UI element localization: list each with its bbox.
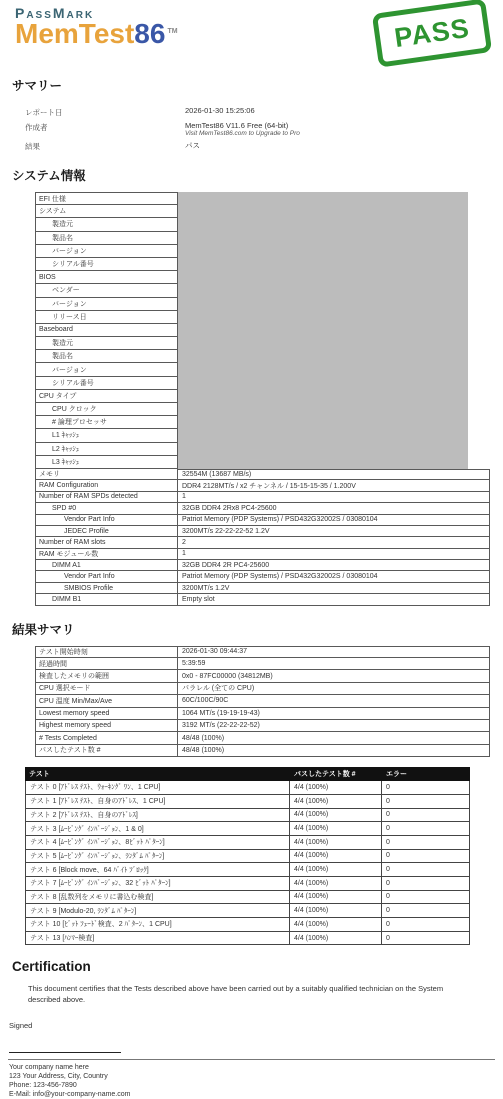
result-summary-row: パスしたテスト数 # 48/48 (100%) [35,745,490,757]
system-info-value [178,403,490,416]
result-summary-row: 検査したメモリの範囲 0x0 - 87FC00000 (34812MB) [35,670,490,682]
summary-value-main: 2026-01-30 15:25:06 [185,106,255,115]
summary-value-note: Visit MemTest86.com to Upgrade to Pro [185,130,300,137]
test-name: テスト 13 [ﾊﾝﾏｰ検査] [25,932,290,946]
system-info-label: L2 ｷｬｯｼｭ [35,443,178,456]
test-row: テスト 2 [ｱﾄﾞﾚｽ ﾃｽﾄ、自身のｱﾄﾞﾚｽ] 4/4 (100%) 0 [25,809,470,823]
test-name: テスト 8 [乱数列をメモリに書込む検査] [25,891,290,905]
test-error-count: 0 [382,877,470,891]
system-info-label: システム [35,205,178,218]
test-passed-count: 4/4 (100%) [290,863,382,877]
summary-value-main: MemTest86 V11.6 Free (64-bit) [185,121,300,130]
system-info-label: SMBIOS Profile [35,583,178,594]
system-info-label: JEDEC Profile [35,526,178,537]
system-info-value [178,205,490,218]
system-info-row: バージョン [35,363,490,376]
result-summary-row: テスト開始時刻 2026-01-30 09:44:37 [35,646,490,658]
test-row: テスト 1 [ｱﾄﾞﾚｽ ﾃｽﾄ、自身のｱﾄﾞﾚｽ、1 CPU] 4/4 (10… [25,795,470,809]
test-passed-count: 4/4 (100%) [290,904,382,918]
result-summary-value: パラレル (全ての CPU) [178,683,490,695]
test-passed-count: 4/4 (100%) [290,822,382,836]
result-summary-label: Highest memory speed [35,720,178,732]
system-info-value [178,416,490,429]
test-passed-count: 4/4 (100%) [290,877,382,891]
test-error-count: 0 [382,891,470,905]
summary-value: パス [185,140,200,152]
system-info-label: EFI 仕様 [35,192,178,205]
result-summary-label: CPU 選択モード [35,683,178,695]
system-info-value [178,232,490,245]
system-info-label: 製造元 [35,337,178,350]
test-table-header-row: テスト パスしたテスト数 # エラー [25,767,470,781]
system-info-value [178,456,490,469]
result-summary-value: 60C/100C/90C [178,695,490,707]
system-info-label: BIOS [35,271,178,284]
system-info-label: ベンダー [35,284,178,297]
system-info-value: 32GB DDR4 2Rx8 PC4-25600 [178,503,490,514]
test-error-count: 0 [382,836,470,850]
system-info-row: L1 ｷｬｯｼｭ [35,429,490,442]
passmark-logo: PassMark MemTest86TM [15,6,178,48]
system-info-table: EFI 仕様 システム 製造元 製品名 バージョン シリアル番号 BIOS ベン… [35,192,490,606]
test-table-header-test: テスト [25,767,290,781]
system-info-row: 製品名 [35,350,490,363]
summary-label: 作成者 [25,121,185,137]
memtest86-report-page: PassMark MemTest86TM PASS サマリー レポート日 202… [0,0,503,1099]
memtest-wordmark-blue: 86 [134,18,165,49]
system-info-label: バージョン [35,298,178,311]
test-passed-count: 4/4 (100%) [290,891,382,905]
result-summary-value: 0x0 - 87FC00000 (34812MB) [178,670,490,682]
system-info-value [178,443,490,456]
test-error-count: 0 [382,904,470,918]
test-table-header-errors: エラー [382,767,470,781]
system-info-value [178,298,490,311]
system-info-value: 3200MT/s 22-22-22-52 1.2V [178,526,490,537]
system-info-row: バージョン [35,298,490,311]
system-info-label: バージョン [35,363,178,376]
system-info-row: シリアル番号 [35,377,490,390]
result-summary-row: # Tests Completed 48/48 (100%) [35,732,490,744]
test-name: テスト 10 [ﾋﾞｯﾄ ﾌｪｰﾄﾞ検査、2 ﾊﾟﾀｰﾝ、1 CPU] [25,918,290,932]
result-summary-label: 経過時間 [35,658,178,670]
test-passed-count: 4/4 (100%) [290,850,382,864]
test-name: テスト 0 [ｱﾄﾞﾚｽ ﾃｽﾄ、ｳｫｰｷﾝｸﾞ ﾜﾝ、1 CPU] [25,781,290,795]
system-info-row: RAM Configuration DDR4 2128MT/s / x2 チャン… [35,480,490,491]
test-results-table: テスト パスしたテスト数 # エラー テスト 0 [ｱﾄﾞﾚｽ ﾃｽﾄ、ｳｫｰｷ… [25,767,470,945]
test-name: テスト 7 [ﾑｰﾋﾞﾝｸﾞ ｲﾝﾊﾞｰｼﾞｮﾝ、32 ﾋﾞｯﾄ ﾊﾟﾀｰﾝ] [25,877,290,891]
system-info-row: Number of RAM SPDs detected 1 [35,492,490,503]
system-info-heading: システム情報 [12,166,503,184]
result-summary-row: CPU 選択モード パラレル (全ての CPU) [35,683,490,695]
result-summary-value: 48/48 (100%) [178,732,490,744]
result-summary-value: 2026-01-30 09:44:37 [178,646,490,658]
summary-value: 2026-01-30 15:25:06 [185,106,255,118]
test-row: テスト 6 [Block move、64 ﾊﾞｲﾄ ﾌﾞﾛｯｸ] 4/4 (10… [25,863,470,877]
result-summary-label: CPU 温度 Min/Max/Ave [35,695,178,707]
system-info-row: L3 ｷｬｯｼｭ [35,456,490,469]
test-error-count: 0 [382,809,470,823]
system-info-value: 2 [178,537,490,548]
system-info-label: L3 ｷｬｯｼｭ [35,456,178,469]
system-info-value [178,390,490,403]
result-summary-label: 検査したメモリの範囲 [35,670,178,682]
result-summary-row: Lowest memory speed 1064 MT/s (19-19-19-… [35,708,490,720]
test-error-count: 0 [382,932,470,946]
system-info-row: EFI 仕様 [35,192,490,205]
system-info-value [178,350,490,363]
system-info-row: # 論理プロセッサ [35,416,490,429]
result-summary-value: 3192 MT/s (22-22-22-52) [178,720,490,732]
system-info-row: 製造元 [35,218,490,231]
system-info-label: リリース日 [35,311,178,324]
system-info-row: JEDEC Profile 3200MT/s 22-22-22-52 1.2V [35,526,490,537]
test-name: テスト 4 [ﾑｰﾋﾞﾝｸﾞ ｲﾝﾊﾞｰｼﾞｮﾝ、8ﾋﾞｯﾄ ﾊﾟﾀｰﾝ] [25,836,290,850]
test-name: テスト 6 [Block move、64 ﾊﾞｲﾄ ﾌﾞﾛｯｸ] [25,863,290,877]
footer-line: Phone: 123-456-7890 [9,1081,503,1090]
system-info-value [178,337,490,350]
system-info-value [178,429,490,442]
system-info-label: SPD #0 [35,503,178,514]
test-name: テスト 5 [ﾑｰﾋﾞﾝｸﾞ ｲﾝﾊﾞｰｼﾞｮﾝ、ﾗﾝﾀﾞﾑ ﾊﾟﾀｰﾝ] [25,850,290,864]
system-info-value [178,363,490,376]
test-error-count: 0 [382,795,470,809]
system-info-row: Number of RAM slots 2 [35,537,490,548]
test-passed-count: 4/4 (100%) [290,781,382,795]
test-row: テスト 7 [ﾑｰﾋﾞﾝｸﾞ ｲﾝﾊﾞｰｼﾞｮﾝ、32 ﾋﾞｯﾄ ﾊﾟﾀｰﾝ] … [25,877,470,891]
system-info-row: Vendor Part Info Patriot Memory (PDP Sys… [35,515,490,526]
footer-line: Your company name here [9,1063,503,1072]
test-row: テスト 9 [Modulo-20, ﾗﾝﾀﾞﾑ ﾊﾟﾀｰﾝ] 4/4 (100%… [25,904,470,918]
system-info-label: Vendor Part Info [35,515,178,526]
system-info-value: 1 [178,549,490,560]
system-info-label: L1 ｷｬｯｼｭ [35,429,178,442]
system-info-label: シリアル番号 [35,377,178,390]
result-summary-label: # Tests Completed [35,732,178,744]
test-passed-count: 4/4 (100%) [290,795,382,809]
summary-label: レポート日 [25,106,185,118]
test-passed-count: 4/4 (100%) [290,836,382,850]
system-info-label: 製品名 [35,350,178,363]
system-info-row: メモリ 32554M (13687 MB/s) [35,469,490,480]
system-info-row: シリアル番号 [35,258,490,271]
summary-row: レポート日 2026-01-30 15:25:06 [25,106,503,118]
test-error-count: 0 [382,918,470,932]
test-row: テスト 4 [ﾑｰﾋﾞﾝｸﾞ ｲﾝﾊﾞｰｼﾞｮﾝ、8ﾋﾞｯﾄ ﾊﾟﾀｰﾝ] 4/… [25,836,470,850]
system-info-label: シリアル番号 [35,258,178,271]
system-info-label: Number of RAM SPDs detected [35,492,178,503]
system-info-value: 3200MT/s 1.2V [178,583,490,594]
test-passed-count: 4/4 (100%) [290,809,382,823]
system-info-label: RAM Configuration [35,480,178,491]
system-info-row: BIOS [35,271,490,284]
system-info-row: CPU クロック [35,403,490,416]
result-summary-value: 48/48 (100%) [178,745,490,757]
summary-label: 結果 [25,140,185,152]
signature-line [9,1052,121,1053]
system-info-row: 製造元 [35,337,490,350]
test-row: テスト 5 [ﾑｰﾋﾞﾝｸﾞ ｲﾝﾊﾞｰｼﾞｮﾝ、ﾗﾝﾀﾞﾑ ﾊﾟﾀｰﾝ] 4/… [25,850,470,864]
result-summary-value: 1064 MT/s (19-19-19-43) [178,708,490,720]
system-info-row: Vendor Part Info Patriot Memory (PDP Sys… [35,571,490,582]
result-summary-label: パスしたテスト数 # [35,745,178,757]
summary-value-main: パス [185,140,200,151]
system-info-label: Baseboard [35,324,178,337]
summary-row: 作成者 MemTest86 V11.6 Free (64-bit) Visit … [25,121,503,137]
system-info-label: # 論理プロセッサ [35,416,178,429]
certification-body: This document certifies that the Tests d… [28,984,446,1004]
system-info-value: 32GB DDR4 2R PC4-25600 [178,560,490,571]
memtest86-wordmark: MemTest86TM [15,20,178,48]
result-summary-heading: 結果サマリ [12,620,503,638]
system-info-label: RAM モジュール数 [35,549,178,560]
system-info-row: DIMM A1 32GB DDR4 2R PC4-25600 [35,560,490,571]
system-info-row: システム [35,205,490,218]
system-info-row: RAM モジュール数 1 [35,549,490,560]
system-info-row: リリース日 [35,311,490,324]
footer-contact-block: Your company name here123 Your Address, … [9,1063,503,1099]
pass-stamp: PASS [372,0,492,68]
system-info-label: メモリ [35,469,178,480]
test-row: テスト 13 [ﾊﾝﾏｰ検査] 4/4 (100%) 0 [25,932,470,946]
system-info-value [178,258,490,271]
summary-value: MemTest86 V11.6 Free (64-bit) Visit MemT… [185,121,300,137]
system-info-value [178,218,490,231]
test-error-count: 0 [382,863,470,877]
system-info-label: 製造元 [35,218,178,231]
result-summary-row: CPU 温度 Min/Max/Ave 60C/100C/90C [35,695,490,707]
test-passed-count: 4/4 (100%) [290,932,382,946]
system-info-value [178,192,490,205]
system-info-label: バージョン [35,245,178,258]
system-info-row: L2 ｷｬｯｼｭ [35,443,490,456]
system-info-value: Empty slot [178,594,490,605]
test-name: テスト 9 [Modulo-20, ﾗﾝﾀﾞﾑ ﾊﾟﾀｰﾝ] [25,904,290,918]
result-summary-value: 5:39:59 [178,658,490,670]
summary-row: 結果 パス [25,140,503,152]
summary-heading: サマリー [12,76,503,94]
memtest-wordmark-orange: MemTest [15,18,134,49]
system-info-row: 製品名 [35,232,490,245]
result-summary-table: テスト開始時刻 2026-01-30 09:44:37 経過時間 5:39:59… [35,646,490,758]
system-info-label: DIMM B1 [35,594,178,605]
test-error-count: 0 [382,781,470,795]
system-info-label: 製品名 [35,232,178,245]
system-info-value: Patriot Memory (PDP Systems) / PSD432G32… [178,571,490,582]
system-info-row: バージョン [35,245,490,258]
trademark-symbol: TM [167,28,177,35]
signed-label: Signed [9,1021,503,1030]
system-info-value [178,377,490,390]
test-row: テスト 0 [ｱﾄﾞﾚｽ ﾃｽﾄ、ｳｫｰｷﾝｸﾞ ﾜﾝ、1 CPU] 4/4 (… [25,781,470,795]
test-row: テスト 3 [ﾑｰﾋﾞﾝｸﾞ ｲﾝﾊﾞｰｼﾞｮﾝ、1 & 0] 4/4 (100… [25,822,470,836]
result-summary-row: 経過時間 5:39:59 [35,658,490,670]
footer-line: E-Mail: info@your-company-name.com [9,1090,503,1099]
test-table-body: テスト 0 [ｱﾄﾞﾚｽ ﾃｽﾄ、ｳｫｰｷﾝｸﾞ ﾜﾝ、1 CPU] 4/4 (… [25,781,470,945]
system-info-value: 1 [178,492,490,503]
system-info-label: DIMM A1 [35,560,178,571]
system-info-value [178,284,490,297]
system-info-row: SMBIOS Profile 3200MT/s 1.2V [35,583,490,594]
system-info-value: DDR4 2128MT/s / x2 チャンネル / 15-15-15-35 /… [178,480,490,491]
report-header: PassMark MemTest86TM PASS [0,0,503,62]
result-summary-label: Lowest memory speed [35,708,178,720]
system-info-value [178,311,490,324]
system-info-value [178,245,490,258]
system-info-row: SPD #0 32GB DDR4 2Rx8 PC4-25600 [35,503,490,514]
system-info-row: CPU タイプ [35,390,490,403]
system-info-label: CPU クロック [35,403,178,416]
test-error-count: 0 [382,822,470,836]
system-info-row: Baseboard [35,324,490,337]
test-table-header-passed: パスしたテスト数 # [290,767,382,781]
system-info-value: Patriot Memory (PDP Systems) / PSD432G32… [178,515,490,526]
test-name: テスト 3 [ﾑｰﾋﾞﾝｸﾞ ｲﾝﾊﾞｰｼﾞｮﾝ、1 & 0] [25,822,290,836]
footer-line: 123 Your Address, City, Country [9,1072,503,1081]
system-info-value [178,324,490,337]
result-summary-label: テスト開始時刻 [35,646,178,658]
test-name: テスト 2 [ｱﾄﾞﾚｽ ﾃｽﾄ、自身のｱﾄﾞﾚｽ] [25,809,290,823]
result-summary-row: Highest memory speed 3192 MT/s (22-22-22… [35,720,490,732]
system-info-row: ベンダー [35,284,490,297]
certification-heading: Certification [12,959,503,974]
test-row: テスト 8 [乱数列をメモリに書込む検査] 4/4 (100%) 0 [25,891,470,905]
system-info-label: Vendor Part Info [35,571,178,582]
system-info-label: Number of RAM slots [35,537,178,548]
system-info-value: 32554M (13687 MB/s) [178,469,490,480]
system-info-row: DIMM B1 Empty slot [35,594,490,605]
test-name: テスト 1 [ｱﾄﾞﾚｽ ﾃｽﾄ、自身のｱﾄﾞﾚｽ、1 CPU] [25,795,290,809]
test-row: テスト 10 [ﾋﾞｯﾄ ﾌｪｰﾄﾞ検査、2 ﾊﾟﾀｰﾝ、1 CPU] 4/4 … [25,918,470,932]
summary-list: レポート日 2026-01-30 15:25:06 作成者 MemTest86 … [25,106,503,152]
test-error-count: 0 [382,850,470,864]
system-info-value [178,271,490,284]
system-info-label: CPU タイプ [35,390,178,403]
footer-divider [8,1059,495,1060]
test-passed-count: 4/4 (100%) [290,918,382,932]
